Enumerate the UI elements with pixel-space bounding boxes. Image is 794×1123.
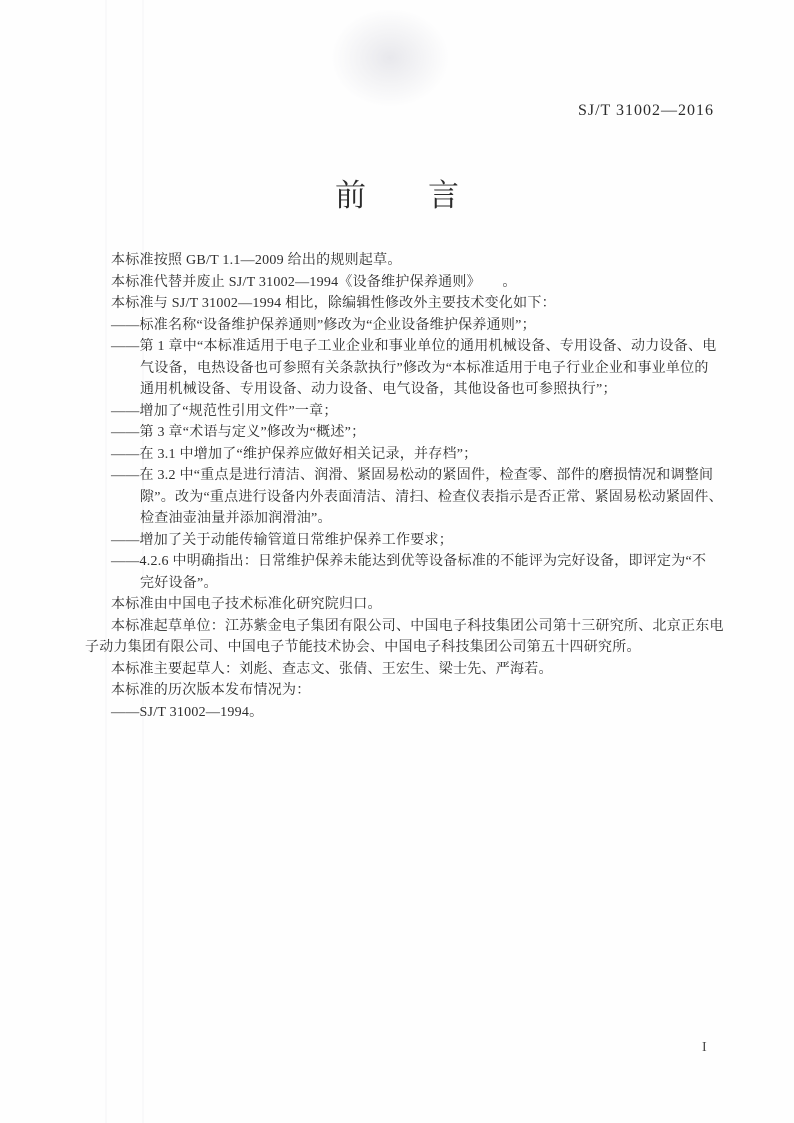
text-line: 本标准与 SJ/T 31002—1994 相比，除编辑性修改外主要技术变化如下：: [85, 293, 725, 315]
page-title: 前 言: [0, 170, 794, 215]
scan-shadow-artifact: [330, 8, 450, 108]
text-line: 完好设备”。: [85, 573, 725, 595]
text-line: ——增加了“规范性引用文件”一章；: [85, 401, 725, 423]
scanned-document-page: SJ/T 31002—2016 前 言 本标准按照 GB/T 1.1—2009 …: [0, 0, 794, 1123]
text-line: ——SJ/T 31002—1994。: [85, 702, 725, 724]
document-body: 本标准按照 GB/T 1.1—2009 给出的规则起草。 本标准代替并废止 SJ…: [85, 250, 725, 723]
text-line: ——增加了关于动能传输管道日常维护保养工作要求；: [85, 530, 725, 552]
page-number: I: [702, 1040, 707, 1056]
text-line: 本标准按照 GB/T 1.1—2009 给出的规则起草。: [85, 250, 725, 272]
standard-number: SJ/T 31002—2016: [578, 102, 714, 120]
text-line: 通用机械设备、专用设备、动力设备、电气设备，其他设备也可参照执行”；: [85, 379, 725, 401]
text-line: ——第 1 章中“本标准适用于电子工业企业和事业单位的通用机械设备、专用设备、动…: [85, 336, 725, 358]
text-line: 本标准主要起草人：刘彪、查志文、张倩、王宏生、梁士先、严海若。: [85, 659, 725, 681]
text-line: 本标准的历次版本发布情况为：: [85, 680, 725, 702]
text-line: ——第 3 章“术语与定义”修改为“概述”；: [85, 422, 725, 444]
text-line: 本标准代替并废止 SJ/T 31002—1994《设备维护保养通则》 。: [85, 272, 725, 294]
text-line: 检查油壶油量并添加润滑油”。: [85, 508, 725, 530]
text-line: ——在 3.1 中增加了“维护保养应做好相关记录，并存档”；: [85, 444, 725, 466]
text-line: 本标准起草单位：江苏紫金电子集团有限公司、中国电子科技集团公司第十三研究所、北京…: [85, 616, 725, 638]
text-line: ——4.2.6 中明确指出：日常维护保养未能达到优等设备标准的不能评为完好设备，…: [85, 551, 725, 573]
text-line: ——标准名称“设备维护保养通则”修改为“企业设备维护保养通则”；: [85, 315, 725, 337]
text-line: 隙”。改为“重点进行设备内外表面清洁、清扫、检查仪表指示是否正常、紧固易松动紧固…: [85, 487, 725, 509]
text-line: 气设备，电热设备也可参照有关条款执行”修改为“本标准适用于电子行业企业和事业单位…: [85, 358, 725, 380]
text-line: 子动力集团有限公司、中国电子节能技术协会、中国电子科技集团公司第五十四研究所。: [85, 637, 725, 659]
text-line: 本标准由中国电子技术标准化研究院归口。: [85, 594, 725, 616]
text-line: ——在 3.2 中“重点是进行清洁、润滑、紧固易松动的紧固件，检查零、部件的磨损…: [85, 465, 725, 487]
